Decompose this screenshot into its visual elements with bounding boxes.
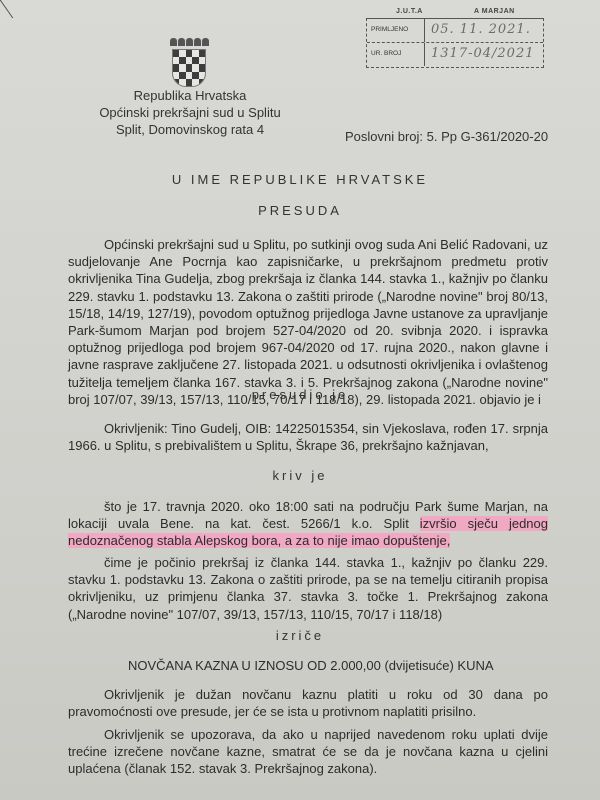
document-title: PRESUDA — [0, 203, 600, 218]
case-number: Poslovni broj: 5. Pp G-361/2020-20 — [345, 129, 548, 144]
preamble: U IME REPUBLIKE HRVATSKE — [0, 172, 600, 187]
warning-paragraph: Okrivljenik se upozorava, da ako u napri… — [68, 726, 548, 778]
receipt-stamp: J.U.T.A A MARJAN PRIMLJENO 05. 11. 2021.… — [366, 10, 546, 66]
court-name: Općinski prekršajni sud u Splitu — [96, 104, 284, 121]
coat-of-arms-icon — [168, 38, 210, 88]
legal-basis-paragraph: čime je počinio prekršaj iz članka 144. … — [68, 554, 548, 623]
court-document: J.U.T.A A MARJAN PRIMLJENO 05. 11. 2021.… — [0, 0, 600, 800]
payment-notice: Okrivljenik je dužan novčanu kaznu plati… — [68, 686, 548, 720]
stamp-received-row: PRIMLJENO 05. 11. 2021. — [367, 19, 543, 43]
stamp-label: UR. BROJ — [371, 50, 401, 57]
page-fold-mark — [0, 0, 20, 20]
ruled-heading: presudio je — [0, 387, 600, 402]
court-header: Republika Hrvatska Općinski prekršajni s… — [96, 87, 284, 138]
stamp-number-row: UR. BROJ 1317-04/2021 — [367, 43, 543, 66]
stamp-header-left: J.U.T.A — [396, 8, 423, 15]
guilty-heading: kriv je — [0, 468, 600, 483]
imposes-heading: izriče — [0, 628, 600, 643]
offense-paragraph: što je 17. travnja 2020. oko 18:00 sati … — [68, 498, 548, 550]
stamp-header-right: A MARJAN — [474, 8, 515, 15]
stamp-reference: 1317-04/2021 — [431, 46, 534, 61]
stamp-label: PRIMLJENO — [371, 26, 408, 33]
court-address: Split, Domovinskog rata 4 — [96, 121, 284, 138]
penalty-statement: NOVČANA KAZNA U IZNOSU OD 2.000,00 (dvij… — [128, 658, 494, 673]
intro-paragraph: Općinski prekršajni sud u Splitu, po sut… — [68, 236, 548, 408]
country-name: Republika Hrvatska — [96, 87, 284, 104]
defendant-paragraph: Okrivljenik: Tino Gudelj, OIB: 142250153… — [68, 420, 548, 454]
stamp-date: 05. 11. 2021. — [431, 22, 531, 37]
